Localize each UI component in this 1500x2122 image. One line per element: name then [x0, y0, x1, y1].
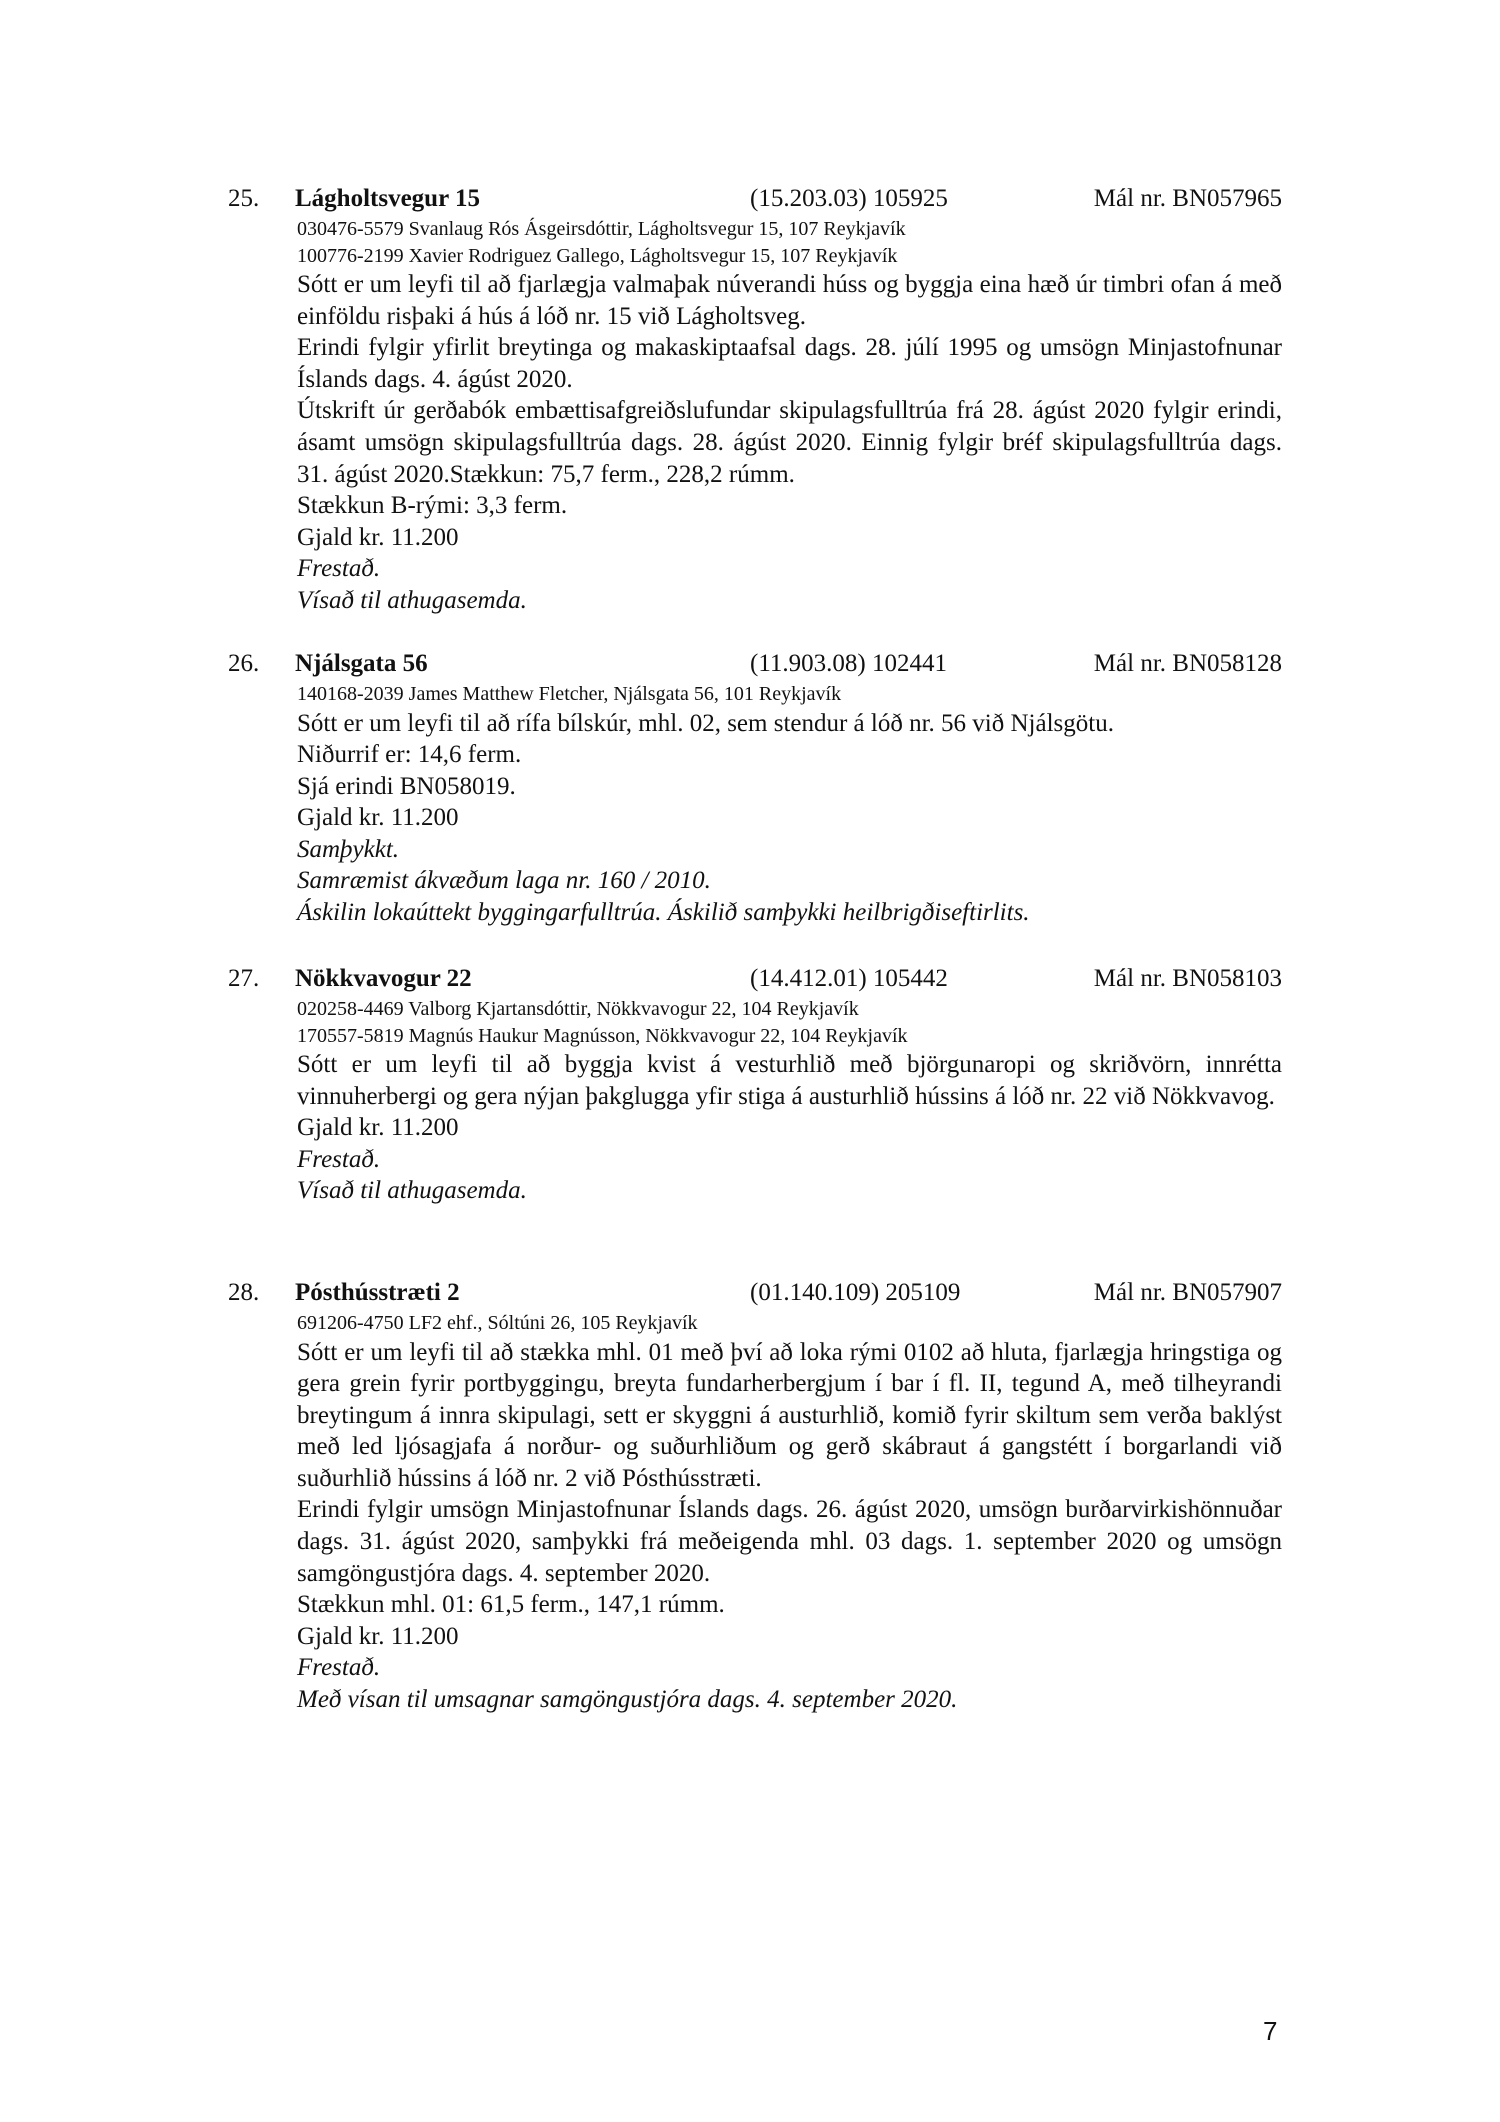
description-paragraph: Sótt er um leyfi til að rífa bílskúr, mh… [297, 708, 1282, 740]
item-land-number: (15.203.03) 105925 [750, 182, 948, 216]
owner-line: 170557-5819 Magnús Haukur Magnússon, Nök… [297, 1023, 1282, 1050]
owner-list: 140168-2039 James Matthew Fletcher, Njál… [297, 681, 1282, 708]
expansion-line: Stækkun B-rými: 3,3 ferm. [297, 490, 1282, 522]
item-title: Njálsgata 56 [295, 647, 428, 681]
agenda-item-25: 25. Lágholtsvegur 15 (15.203.03) 105925 … [0, 182, 1500, 617]
item-body: Sótt er um leyfi til að fjarlægja valmaþ… [297, 269, 1282, 617]
item-header: 25. Lágholtsvegur 15 (15.203.03) 105925 … [0, 182, 1500, 216]
owner-line: 140168-2039 James Matthew Fletcher, Njál… [297, 681, 1282, 708]
page-number: 7 [1263, 2016, 1277, 2047]
item-header: 28. Pósthússtræti 2 (01.140.109) 205109 … [0, 1276, 1500, 1310]
item-number: 26. [228, 647, 259, 681]
item-title: Lágholtsvegur 15 [295, 182, 480, 216]
fee-line: Gjald kr. 11.200 [297, 522, 1282, 554]
fee-line: Gjald kr. 11.200 [297, 802, 1282, 834]
item-body: Sótt er um leyfi til að stækka mhl. 01 m… [297, 1337, 1282, 1716]
owner-line: 691206-4750 LF2 ehf., Sóltúni 26, 105 Re… [297, 1310, 1282, 1337]
reference-line: Sjá erindi BN058019. [297, 771, 1282, 803]
expansion-line: Stækkun mhl. 01: 61,5 ferm., 147,1 rúmm. [297, 1589, 1282, 1621]
item-title: Pósthússtræti 2 [295, 1276, 460, 1310]
description-paragraph: Sótt er um leyfi til að fjarlægja valmaþ… [297, 269, 1282, 332]
owner-list: 030476-5579 Svanlaug Rós Ásgeirsdóttir, … [297, 216, 1282, 269]
item-number: 25. [228, 182, 259, 216]
item-header: 27. Nökkvavogur 22 (14.412.01) 105442 Má… [0, 962, 1500, 996]
item-body: Sótt er um leyfi til að byggja kvist á v… [297, 1049, 1282, 1207]
owner-list: 691206-4750 LF2 ehf., Sóltúni 26, 105 Re… [297, 1310, 1282, 1337]
item-case-number: Mál nr. BN058103 [1094, 962, 1282, 996]
agenda-item-28: 28. Pósthússtræti 2 (01.140.109) 205109 … [0, 1276, 1500, 1716]
owner-list: 020258-4469 Valborg Kjartansdóttir, Nökk… [297, 996, 1282, 1049]
decision-note: Áskilin lokaúttekt byggingarfulltrúa. Ás… [297, 897, 1282, 929]
item-case-number: Mál nr. BN057965 [1094, 182, 1282, 216]
item-title: Nökkvavogur 22 [295, 962, 472, 996]
decision-line: Frestað. [297, 1144, 1282, 1176]
item-case-number: Mál nr. BN057907 [1094, 1276, 1282, 1310]
owner-line: 020258-4469 Valborg Kjartansdóttir, Nökk… [297, 996, 1282, 1023]
decision-line: Frestað. [297, 1652, 1282, 1684]
decision-note: Vísað til athugasemda. [297, 1175, 1282, 1207]
owner-line: 030476-5579 Svanlaug Rós Ásgeirsdóttir, … [297, 216, 1282, 243]
attachments-paragraph: Erindi fylgir umsögn Minjastofnunar Ísla… [297, 1494, 1282, 1589]
owner-line: 100776-2199 Xavier Rodriguez Gallego, Lá… [297, 243, 1282, 270]
item-number: 28. [228, 1276, 259, 1310]
item-number: 27. [228, 962, 259, 996]
description-paragraph: Sótt er um leyfi til að byggja kvist á v… [297, 1049, 1282, 1112]
item-body: Sótt er um leyfi til að rífa bílskúr, mh… [297, 708, 1282, 929]
decision-note: Með vísan til umsagnar samgöngustjóra da… [297, 1684, 1282, 1716]
decision-note: Samræmist ákvæðum laga nr. 160 / 2010. [297, 865, 1282, 897]
item-land-number: (01.140.109) 205109 [750, 1276, 960, 1310]
fee-line: Gjald kr. 11.200 [297, 1112, 1282, 1144]
decision-note: Vísað til athugasemda. [297, 585, 1282, 617]
fee-line: Gjald kr. 11.200 [297, 1621, 1282, 1653]
description-paragraph: Sótt er um leyfi til að stækka mhl. 01 m… [297, 1337, 1282, 1495]
item-header: 26. Njálsgata 56 (11.903.08) 102441 Mál … [0, 647, 1500, 681]
decision-line: Frestað. [297, 553, 1282, 585]
item-land-number: (14.412.01) 105442 [750, 962, 948, 996]
decision-line: Samþykkt. [297, 834, 1282, 866]
demolition-line: Niðurrif er: 14,6 ferm. [297, 739, 1282, 771]
agenda-item-27: 27. Nökkvavogur 22 (14.412.01) 105442 Má… [0, 962, 1500, 1207]
attachments-paragraph: Erindi fylgir yfirlit breytinga og makas… [297, 332, 1282, 395]
item-land-number: (11.903.08) 102441 [750, 647, 947, 681]
minutes-paragraph: Útskrift úr gerðabók embættisafgreiðsluf… [297, 395, 1282, 490]
agenda-item-26: 26. Njálsgata 56 (11.903.08) 102441 Mál … [0, 647, 1500, 929]
item-case-number: Mál nr. BN058128 [1094, 647, 1282, 681]
